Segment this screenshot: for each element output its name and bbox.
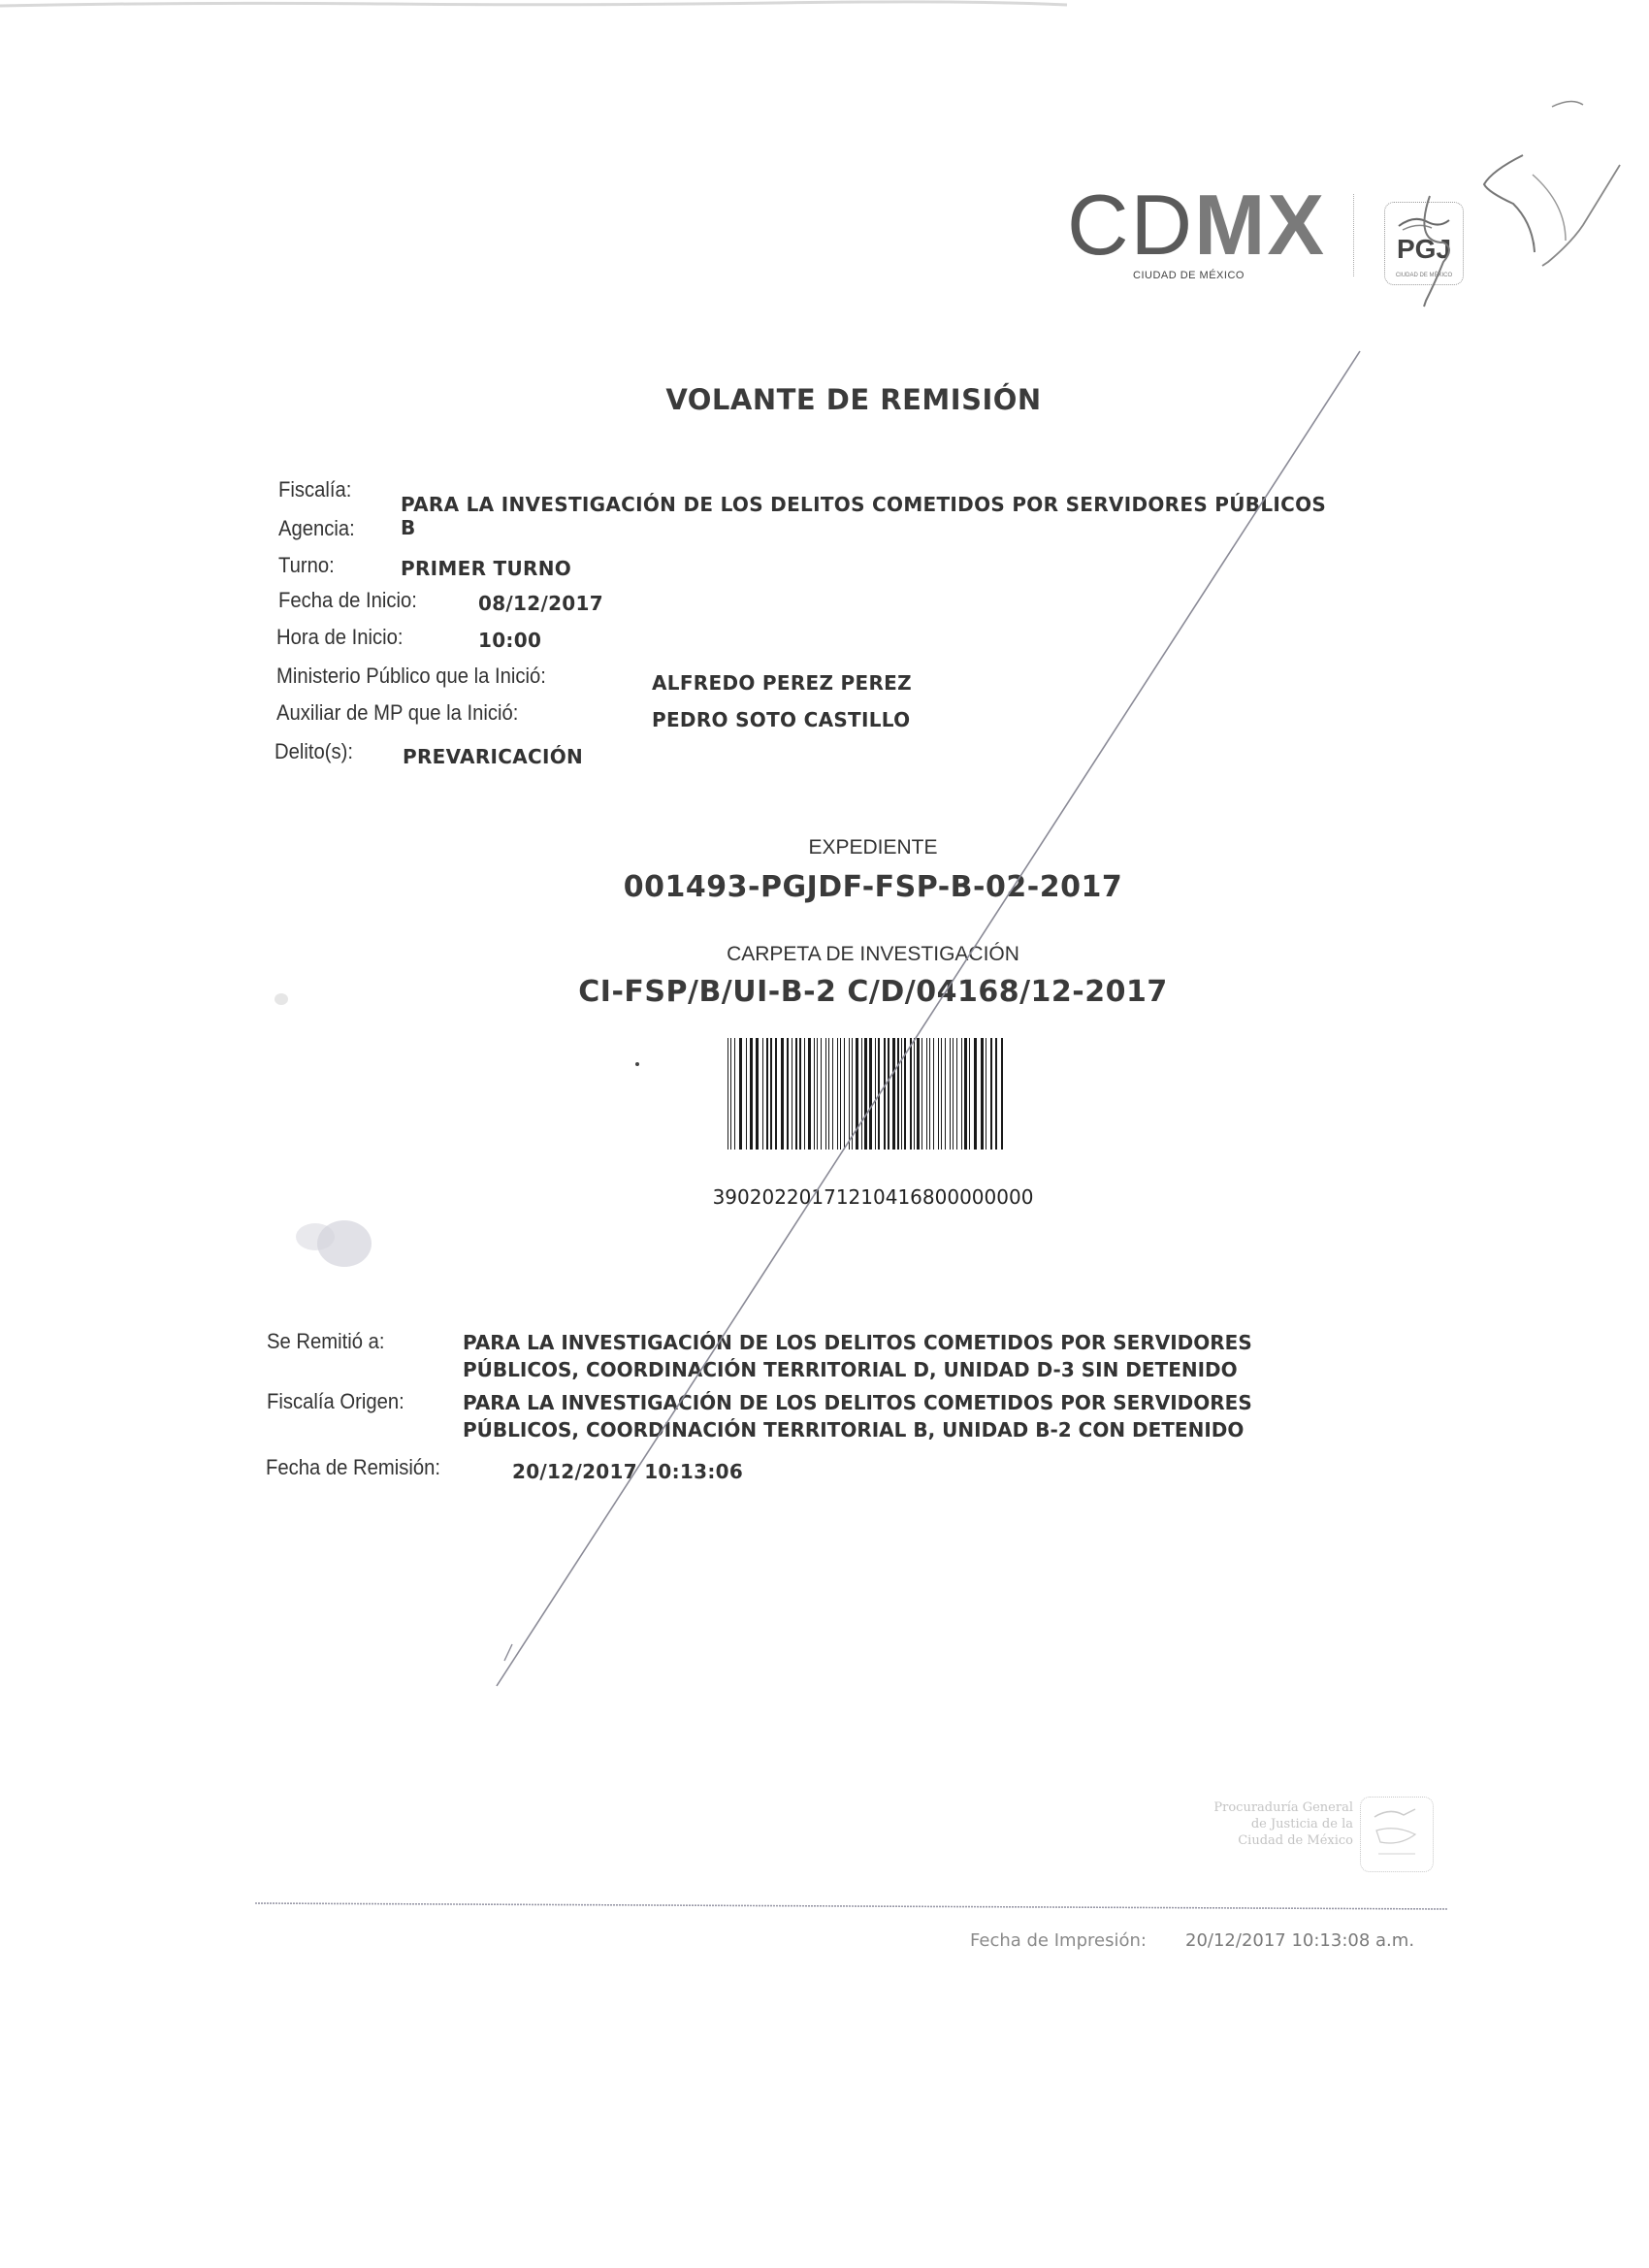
fecha-inicio-label: Fecha de Inicio: (278, 588, 417, 613)
scan-edge-mark (0, 2, 1067, 6)
se-remitio-a-line2: PÚBLICOS, COORDINACIÓN TERRITORIAL D, UN… (463, 1356, 1252, 1383)
expediente-number: 001493-PGJDF-FSP-B-02-2017 (0, 870, 1649, 904)
print-date-value: 20/12/2017 10:13:08 a.m. (1185, 1930, 1414, 1951)
barcode-number: 39020220171210416800000000 (0, 1185, 1649, 1209)
fiscalia-origen-line2: PÚBLICOS, COORDINACIÓN TERRITORIAL B, UN… (463, 1416, 1252, 1443)
pgj-stamp-text: Procuraduría General de Justicia de la C… (1198, 1799, 1353, 1849)
ministerio-publico-value: ALFREDO PEREZ PEREZ (652, 671, 912, 695)
se-remitio-a-label: Se Remitió a: (267, 1329, 384, 1354)
stamp-line-3: Ciudad de México (1198, 1832, 1353, 1849)
hora-inicio-value: 10:00 (478, 629, 541, 652)
cdmx-logo-cd: CD (1067, 177, 1194, 273)
print-date-label: Fecha de Impresión: (970, 1930, 1147, 1951)
handwritten-folio-icon (1484, 155, 1535, 252)
turno-value: PRIMER TURNO (401, 557, 571, 580)
expediente-label: EXPEDIENTE (0, 836, 1649, 859)
pgj-stamp-emblem-icon (1360, 1797, 1434, 1872)
fiscalia-origen-line1: PARA LA INVESTIGACIÓN DE LOS DELITOS COM… (463, 1389, 1252, 1416)
fecha-inicio-value: 08/12/2017 (478, 592, 603, 615)
carpeta-label: CARPETA DE INVESTIGACIÓN (0, 943, 1649, 966)
footer-divider (255, 1901, 1448, 1911)
stamp-line-2: de Justicia de la (1198, 1816, 1353, 1832)
agencia-label: Agencia: (278, 516, 355, 541)
fecha-remision-value: 20/12/2017 10:13:06 (512, 1460, 743, 1483)
se-remitio-a-value: PARA LA INVESTIGACIÓN DE LOS DELITOS COM… (463, 1329, 1252, 1383)
pgj-logo: PGJ CIUDAD DE MÉXICO (1384, 202, 1464, 285)
diagonal-strike-line (497, 351, 1360, 1686)
delitos-label: Delito(s): (275, 739, 353, 764)
agencia-value: B (401, 516, 416, 539)
auxiliar-mp-label: Auxiliar de MP que la Inició: (276, 700, 518, 726)
pgj-wave-icon (1395, 212, 1453, 234)
fiscalia-value: PARA LA INVESTIGACIÓN DE LOS DELITOS COM… (401, 493, 1326, 516)
stamp-line-1: Procuraduría General (1198, 1799, 1353, 1816)
ink-smudge (317, 1220, 372, 1267)
pgj-logo-text: PGJ (1385, 234, 1463, 265)
logo-divider (1353, 194, 1354, 276)
turno-label: Turno: (278, 553, 335, 578)
delitos-value: PREVARICACIÓN (403, 745, 583, 768)
pgj-logo-subtitle: CIUDAD DE MÉXICO (1385, 273, 1463, 278)
cdmx-logo-subtitle: CIUDAD DE MÉXICO (1133, 270, 1245, 281)
fiscalia-label: Fiscalía: (278, 477, 351, 502)
document-title: VOLANTE DE REMISIÓN (0, 383, 1649, 416)
cdmx-logo-mx: MX (1194, 177, 1326, 273)
fecha-remision-label: Fecha de Remisión: (266, 1455, 440, 1480)
fiscalia-origen-label: Fiscalía Origen: (267, 1389, 404, 1414)
hora-inicio-label: Hora de Inicio: (276, 625, 404, 650)
fiscalia-origen-value: PARA LA INVESTIGACIÓN DE LOS DELITOS COM… (463, 1389, 1252, 1443)
barcode (727, 1038, 1004, 1150)
se-remitio-a-line1: PARA LA INVESTIGACIÓN DE LOS DELITOS COM… (463, 1329, 1252, 1356)
auxiliar-mp-value: PEDRO SOTO CASTILLO (652, 708, 910, 731)
ministerio-publico-label: Ministerio Público que la Inició: (276, 664, 546, 689)
carpeta-number: CI-FSP/B/UI-B-2 C/D/04168/12-2017 (0, 975, 1649, 1009)
cdmx-logo: CDMX (1067, 182, 1326, 268)
